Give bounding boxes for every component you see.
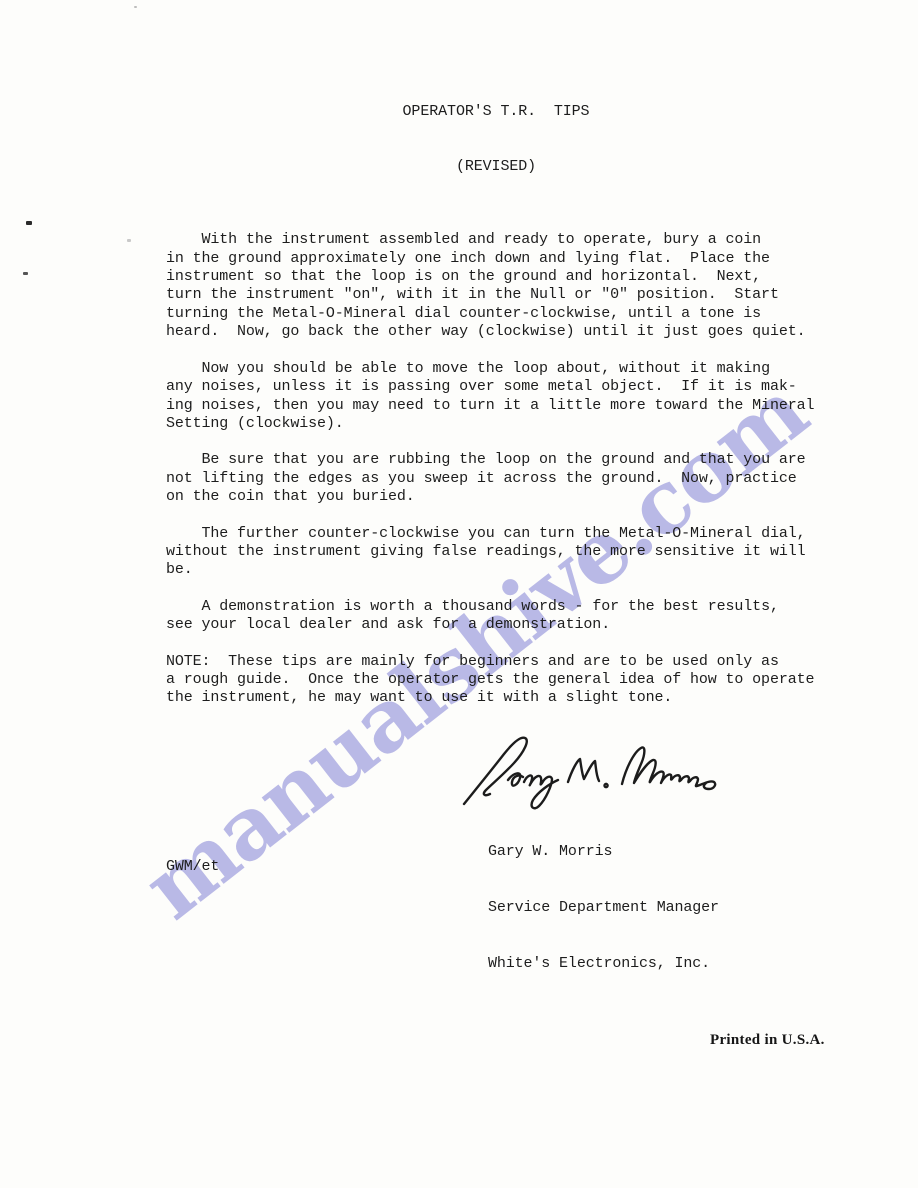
handwritten-signature-image [456, 732, 731, 812]
signature-block: Gary W. Morris Service Department Manage… [166, 730, 866, 890]
signer-job-title: Service Department Manager [488, 899, 719, 918]
printed-in-usa-label: Printed in U.S.A. [710, 1032, 825, 1049]
signer-company: White's Electronics, Inc. [488, 955, 719, 974]
paragraph-note: NOTE: These tips are mainly for beginner… [166, 653, 866, 708]
signature-typed-lines: Gary W. Morris Service Department Manage… [488, 806, 719, 1011]
scan-speck [23, 272, 28, 275]
page-title-line1: OPERATOR'S T.R. TIPS [166, 103, 826, 121]
scan-speck [26, 221, 32, 225]
paragraph-rubbing-loop: Be sure that you are rubbing the loop on… [166, 451, 866, 506]
paragraph-moving-loop: Now you should be able to move the loop … [166, 360, 866, 434]
page-title: OPERATOR'S T.R. TIPS (REVISED) [166, 66, 826, 213]
paragraph-setup-instructions: With the instrument assembled and ready … [166, 231, 866, 341]
paragraph-demonstration: A demonstration is worth a thousand word… [166, 598, 866, 635]
scan-speck [127, 239, 131, 242]
document-content: OPERATOR'S T.R. TIPS (REVISED) With the … [166, 66, 866, 890]
scanned-document-page: manualshive.com OPERATOR'S T.R. TIPS (RE… [0, 0, 918, 1188]
paragraph-sensitivity: The further counter-clockwise you can tu… [166, 525, 866, 580]
page-title-line2: (REVISED) [166, 158, 826, 176]
typist-initials: GWM/et [166, 858, 219, 875]
scan-speck [134, 6, 137, 8]
signer-name: Gary W. Morris [488, 843, 719, 862]
